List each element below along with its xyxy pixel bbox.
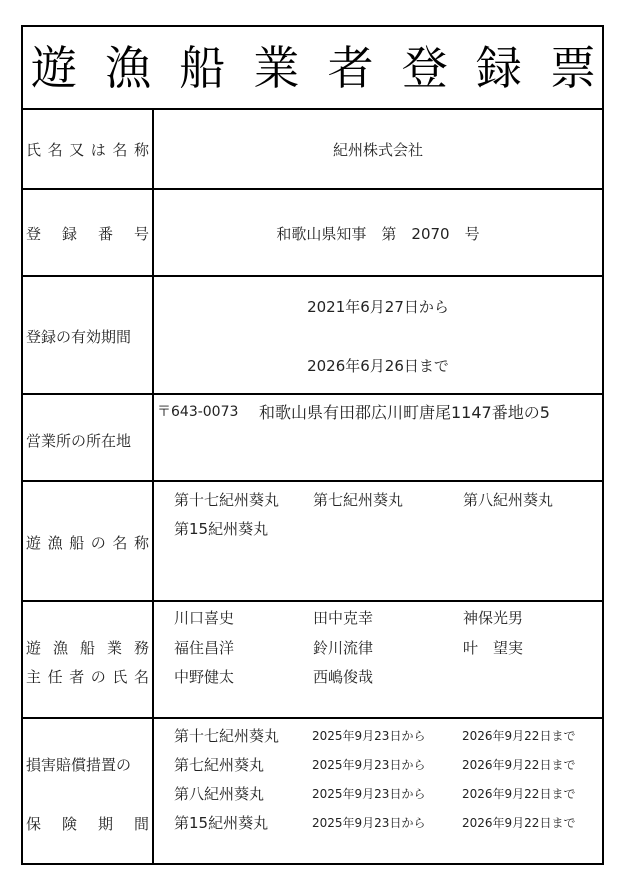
value-reg-number: 和歌山県知事 第 2070 号 <box>154 190 602 275</box>
insurance-to: 2026年9月22日まで <box>462 814 575 831</box>
label-char: 称 <box>134 139 149 160</box>
label-char: は <box>91 139 106 160</box>
label-char: 氏 <box>26 139 41 160</box>
row-name: 氏 名 又 は 名 称 紀州株式会社 <box>23 110 602 190</box>
boat-name: 第15紀州葵丸 <box>174 518 268 539</box>
title-char: 業 <box>253 45 299 91</box>
value-office: 〒643-0073 和歌山県有田郡広川町唐尾1147番地の5 <box>154 395 602 480</box>
title-char: 者 <box>328 45 374 91</box>
label-char: 険 <box>62 813 77 834</box>
label-char: 番 <box>98 223 113 244</box>
label-char: 船 <box>80 637 95 658</box>
label-char: の <box>91 666 106 687</box>
label-char: 期 <box>98 813 113 834</box>
label-char: 任 <box>48 666 63 687</box>
boat-name: 第七紀州葵丸 <box>313 489 403 510</box>
label-boats: 遊 漁 船 の 名 称 <box>23 482 154 600</box>
insurance-from: 2025年9月23日から <box>312 756 425 773</box>
label-char: 登 <box>26 223 41 244</box>
label-char: 船 <box>69 532 84 553</box>
label-char: 保 <box>26 813 41 834</box>
row-managers: 遊 漁 船 業 務 主 任 者 の 氏 名 川口喜史 田中克幸 神保光男 福住昌… <box>23 602 602 719</box>
label-text: 損害賠償措置の <box>26 754 149 775</box>
document-title: 遊 漁 船 業 者 登 録 票 <box>23 27 602 110</box>
title-char: 遊 <box>31 45 77 91</box>
registration-form: 遊 漁 船 業 者 登 録 票 氏 名 又 は 名 称 紀州株式会社 登 <box>21 25 604 865</box>
label-char: 号 <box>134 223 149 244</box>
manager-name: 川口喜史 <box>174 607 234 628</box>
label-char: 漁 <box>53 637 68 658</box>
label-char: 氏 <box>112 666 127 687</box>
label-char: 間 <box>134 813 149 834</box>
label-char: 業 <box>107 637 122 658</box>
label-char: 又 <box>69 139 84 160</box>
title-char: 票 <box>550 45 596 91</box>
boat-name: 第十七紀州葵丸 <box>174 489 279 510</box>
label-char: 名 <box>48 139 63 160</box>
value-insurance: 第十七紀州葵丸 2025年9月23日から 2026年9月22日まで 第七紀州葵丸… <box>154 719 602 865</box>
insurance-to: 2026年9月22日まで <box>462 727 575 744</box>
label-name: 氏 名 又 は 名 称 <box>23 110 154 188</box>
insured-boat: 第八紀州葵丸 <box>174 783 264 804</box>
postal-code: 〒643-0073 <box>157 401 238 421</box>
value-validity: 2021年6月27日から 2026年6月26日まで <box>154 277 602 393</box>
insurance-to: 2026年9月22日まで <box>462 785 575 802</box>
label-char: 者 <box>69 666 84 687</box>
label-char: 録 <box>62 223 77 244</box>
row-reg-number: 登 録 番 号 和歌山県知事 第 2070 号 <box>23 190 602 277</box>
manager-name: 福住昌洋 <box>174 637 234 658</box>
manager-name: 中野健太 <box>174 666 234 687</box>
manager-name: 鈴川流律 <box>313 637 373 658</box>
label-validity: 登録の有効期間 <box>23 277 154 393</box>
manager-name: 叶 望実 <box>463 637 523 658</box>
label-reg-number: 登 録 番 号 <box>23 190 154 275</box>
label-char: の <box>91 532 106 553</box>
insurance-from: 2025年9月23日から <box>312 814 425 831</box>
office-address: 和歌山県有田郡広川町唐尾1147番地の5 <box>259 400 550 423</box>
label-char: 遊 <box>26 532 41 553</box>
insured-boat: 第十七紀州葵丸 <box>174 725 279 746</box>
insured-boat: 第七紀州葵丸 <box>174 754 264 775</box>
label-managers: 遊 漁 船 業 務 主 任 者 の 氏 名 <box>23 602 154 717</box>
insurance-to: 2026年9月22日まで <box>462 756 575 773</box>
manager-name: 西嶋俊哉 <box>313 666 373 687</box>
registration-number: 和歌山県知事 第 2070 号 <box>154 223 602 244</box>
label-text: 登録の有効期間 <box>26 326 149 347</box>
label-char: 遊 <box>26 637 41 658</box>
label-insurance: 損害賠償措置の 保 険 期 間 <box>23 719 154 865</box>
boat-name: 第八紀州葵丸 <box>463 489 553 510</box>
insured-boat: 第15紀州葵丸 <box>174 812 268 833</box>
label-office: 営業所の所在地 <box>23 395 154 480</box>
label-char: 漁 <box>48 532 63 553</box>
company-name: 紀州株式会社 <box>154 139 602 160</box>
label-char: 名 <box>112 139 127 160</box>
row-boats: 遊 漁 船 の 名 称 第十七紀州葵丸 第七紀州葵丸 第八紀州葵丸 第15紀州葵… <box>23 482 602 602</box>
label-text: 営業所の所在地 <box>26 430 149 451</box>
row-office: 営業所の所在地 〒643-0073 和歌山県有田郡広川町唐尾1147番地の5 <box>23 395 602 482</box>
insurance-from: 2025年9月23日から <box>312 727 425 744</box>
label-char: 称 <box>134 532 149 553</box>
manager-name: 田中克幸 <box>313 607 373 628</box>
title-char: 登 <box>402 45 448 91</box>
label-char: 名 <box>112 532 127 553</box>
title-char: 船 <box>179 45 225 91</box>
value-name: 紀州株式会社 <box>154 110 602 188</box>
value-boats: 第十七紀州葵丸 第七紀州葵丸 第八紀州葵丸 第15紀州葵丸 <box>154 482 602 600</box>
label-char: 務 <box>134 637 149 658</box>
title-char: 録 <box>476 45 522 91</box>
validity-to: 2026年6月26日まで <box>154 355 602 376</box>
row-validity: 登録の有効期間 2021年6月27日から 2026年6月26日まで <box>23 277 602 395</box>
label-char: 名 <box>134 666 149 687</box>
validity-from: 2021年6月27日から <box>154 296 602 317</box>
manager-name: 神保光男 <box>463 607 523 628</box>
row-insurance: 損害賠償措置の 保 険 期 間 第十七紀州葵丸 2025年9月23日から 202… <box>23 719 602 865</box>
title-char: 漁 <box>105 45 151 91</box>
insurance-from: 2025年9月23日から <box>312 785 425 802</box>
label-char: 主 <box>26 666 41 687</box>
value-managers: 川口喜史 田中克幸 神保光男 福住昌洋 鈴川流律 叶 望実 中野健太 西嶋俊哉 <box>154 602 602 717</box>
